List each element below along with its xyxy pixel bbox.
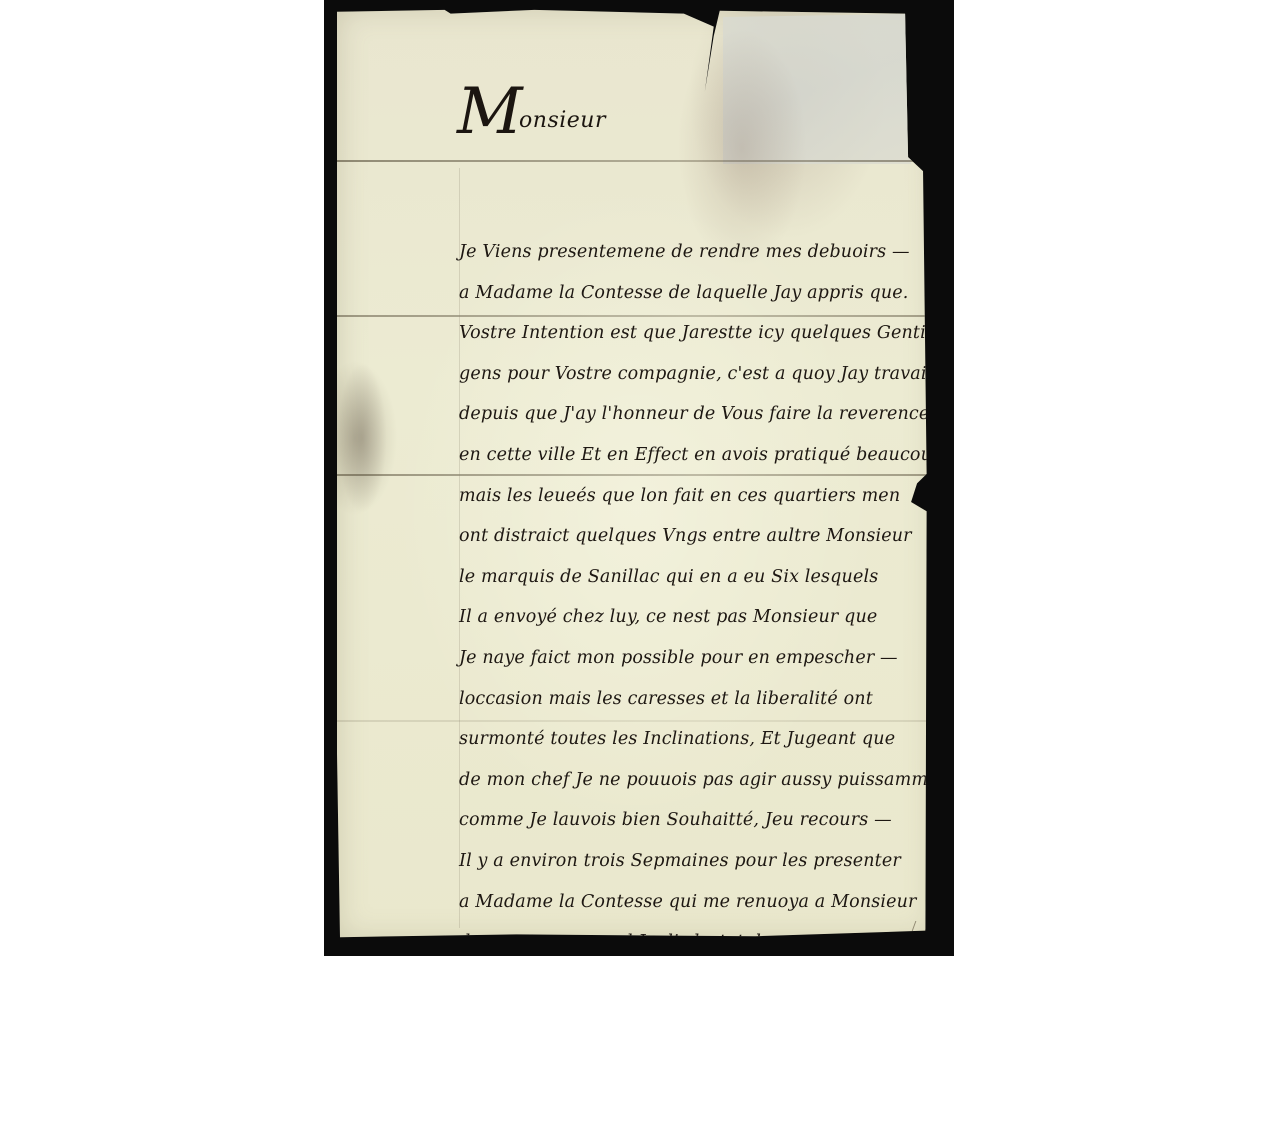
letter-line: ont distraict quelques Vngs entre aultre… [459, 516, 921, 557]
letter-line: Je Viens presentemene de rendre mes debu… [459, 232, 921, 273]
letter-line: depuis que J'ay l'honneur de Vous faire … [459, 394, 921, 435]
letter-line: a Madame la Contesse de laquelle Jay app… [459, 273, 921, 314]
letter-line: Il y a environ trois Sepmaines pour les … [459, 841, 921, 882]
letter-line: comme Je lauvois bien Souhaitté, Jeu rec… [459, 800, 921, 841]
letter-line: mais les leueés que lon fait en ces quar… [459, 476, 921, 517]
salutation-rest: onsieur [519, 108, 606, 133]
letter-paper: Monsieur Je Viens presentemene de rendre… [337, 8, 935, 940]
salutation-initial: M [457, 75, 523, 149]
letter-line: loccasion mais les caresses et la libera… [459, 679, 921, 720]
salutation: Monsieur [457, 80, 606, 144]
torn-corner-flap [723, 14, 913, 164]
letter-line: gens pour Vostre compagnie, c'est a quoy… [459, 354, 921, 395]
letter-line: Je naye faict mon possible pour en empes… [459, 638, 921, 679]
letter-line: Il a envoyé chez luy, ce nest pas Monsie… [459, 597, 921, 638]
letter-line: le marquis de Sanillac qui en a eu Six l… [459, 557, 921, 598]
letter-line: de mon chef Je ne pouuois pas agir aussy… [459, 760, 921, 801]
letter-body: Je Viens presentemene de rendre mes debu… [459, 232, 921, 956]
letter-line: en cette ville Et en Effect en avois pra… [459, 435, 921, 476]
fold-line [337, 160, 935, 162]
water-stain-left [337, 363, 387, 513]
letter-line: a Madame la Contesse qui me renuoya a Mo… [459, 882, 921, 923]
letter-line: surmonté toutes les Inclinations, Et Jug… [459, 719, 921, 760]
letter-line: Vostre Intention est que Jarestte icy qu… [459, 313, 921, 354]
